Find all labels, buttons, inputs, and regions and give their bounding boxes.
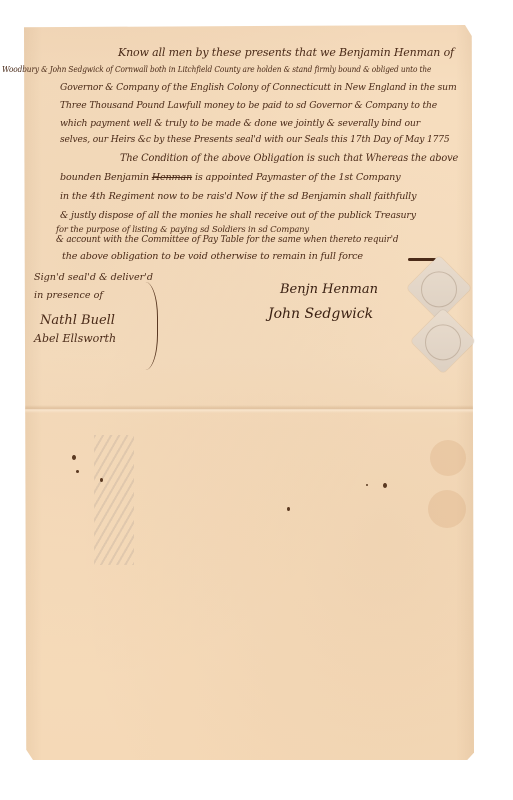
fold-crease xyxy=(24,405,474,413)
stain xyxy=(430,440,466,476)
body-line-5: which payment well & truly to be made & … xyxy=(60,118,420,129)
body-line-4: Three Thousand Pound Lawfull money to be… xyxy=(60,100,437,111)
body-line-7: The Condition of the above Obligation is… xyxy=(120,153,458,164)
ink-blot xyxy=(287,507,290,511)
body-line-8: bounden Benjamin Henman is appointed Pay… xyxy=(60,172,400,183)
body-line-11: for the purpose of listing & paying sd S… xyxy=(56,224,309,234)
bounden-prefix: bounden Benjamin xyxy=(60,172,152,183)
body-line-12: & account with the Committee of Pay Tabl… xyxy=(56,235,398,245)
witness-2: Abel Ellsworth xyxy=(34,332,116,345)
stain xyxy=(428,490,466,528)
pencil-marks xyxy=(94,435,134,565)
bounden-suffix: is appointed Paymaster of the 1st Compan… xyxy=(192,172,400,183)
body-line-1: Know all men by these presents that we B… xyxy=(118,46,454,59)
body-line-9: in the 4th Regiment now to be rais'd Now… xyxy=(60,191,416,202)
struck-word: Henman xyxy=(152,172,192,183)
body-line-2: Woodbury & John Sedgwick of Cornwall bot… xyxy=(2,65,431,75)
witness-1: Nathl Buell xyxy=(40,313,115,328)
ink-blot xyxy=(366,484,368,486)
ink-blot xyxy=(383,483,387,488)
witness-label-line1: Sign'd seal'd & deliver'd xyxy=(34,272,153,283)
ink-blot xyxy=(72,455,76,460)
witness-label-line2: in presence of xyxy=(34,290,103,301)
signature-sedgwick: John Sedgwick xyxy=(268,306,373,322)
signature-henman: Benjn Henman xyxy=(280,282,378,297)
body-line-3: Governor & Company of the English Colony… xyxy=(60,82,457,93)
body-line-10: & justly dispose of all the monies he sh… xyxy=(60,210,416,221)
closing-flourish xyxy=(408,258,436,261)
body-line-13: the above obligation to be void otherwis… xyxy=(62,251,363,262)
witness-brace xyxy=(137,282,158,370)
ink-blot xyxy=(100,478,103,482)
body-line-6: selves, our Heirs &c by these Presents s… xyxy=(60,135,450,145)
ink-blot xyxy=(76,470,79,473)
